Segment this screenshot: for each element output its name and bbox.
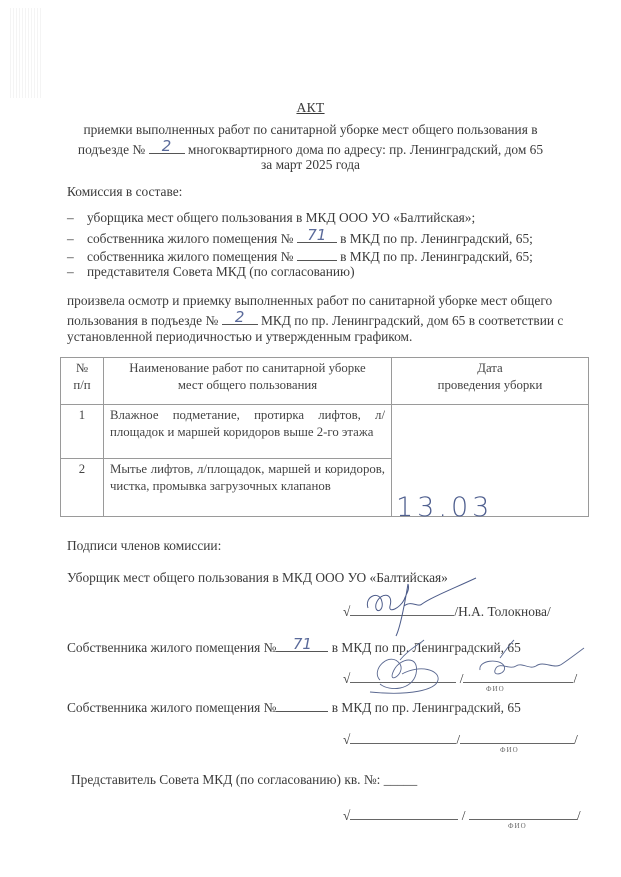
council-signature-line: √ / / (343, 805, 581, 824)
inspection-line-1: произвела осмотр и приемку выполненных р… (67, 292, 552, 310)
inspection-line-3: установленной периодичностью и утвержден… (67, 328, 412, 346)
owner-1-apartment-field[interactable]: 71 (297, 228, 337, 243)
header-name: Наименование работ по санитарной уборкем… (104, 358, 392, 405)
subtitle-line-1: приемки выполненных работ по санитарной … (0, 121, 621, 139)
header-date: Датапроведения уборки (392, 358, 589, 405)
table-header-row: №п/п Наименование работ по санитарной уб… (61, 358, 589, 405)
council-signature-field[interactable] (350, 805, 458, 820)
owner-2-fio-caption: ФИО (500, 746, 519, 754)
works-table: №п/п Наименование работ по санитарной уб… (60, 357, 589, 517)
cleaner-signature (360, 578, 480, 638)
document-title: АКТ (0, 100, 621, 116)
owner-1-signature (340, 640, 590, 700)
owner-2-signature-line: √// (343, 729, 578, 748)
subtitle-prefix: подъезде № (78, 142, 145, 157)
commission-member-owner-1: –собственника жилого помещения № 71 в МК… (67, 228, 533, 247)
owner-2-fio-field[interactable] (460, 729, 574, 744)
inspection-entrance-field[interactable]: 2 (222, 310, 258, 325)
council-fio-caption: ФИО (508, 822, 527, 830)
owner-2-signature-field[interactable] (350, 729, 456, 744)
commission-member-council: –представителя Совета МКД (по согласован… (67, 264, 355, 280)
entrance-number-field[interactable]: 2 (149, 139, 185, 154)
owner-2-apartment-sign-field[interactable] (276, 697, 328, 712)
entrance-number-handwritten: 2 (149, 138, 185, 154)
owner-2-signature-row: Собственника жилого помещения № в МКД по… (67, 697, 521, 717)
council-label: Представитель Совета МКД (по согласовани… (71, 772, 417, 788)
header-num: №п/п (61, 358, 104, 405)
inspection-line-2: пользования в подъезде № 2 МКД по пр. Ле… (67, 310, 563, 330)
commission-label: Комиссия в составе: (67, 183, 182, 201)
table-row: 1 Влажное подметание, протирка лифтов, л… (61, 405, 589, 459)
signatures-label: Подписи членов комиссии: (67, 537, 221, 555)
commission-member-owner-2: –собственника жилого помещения № в МКД п… (67, 246, 533, 265)
owner-2-apartment-field[interactable] (297, 246, 337, 261)
commission-member-cleaner: –уборщика мест общего пользования в МКД … (67, 210, 475, 226)
council-fio-field[interactable] (469, 805, 577, 820)
scan-artifact (10, 8, 42, 98)
owner-1-apartment-sign-field[interactable]: 71 (276, 637, 328, 652)
subtitle-line-3: за март 2025 года (0, 156, 621, 174)
handwritten-date: 13.03 (396, 492, 493, 523)
subtitle-suffix: многоквартирного дома по адресу: пр. Лен… (188, 142, 543, 157)
